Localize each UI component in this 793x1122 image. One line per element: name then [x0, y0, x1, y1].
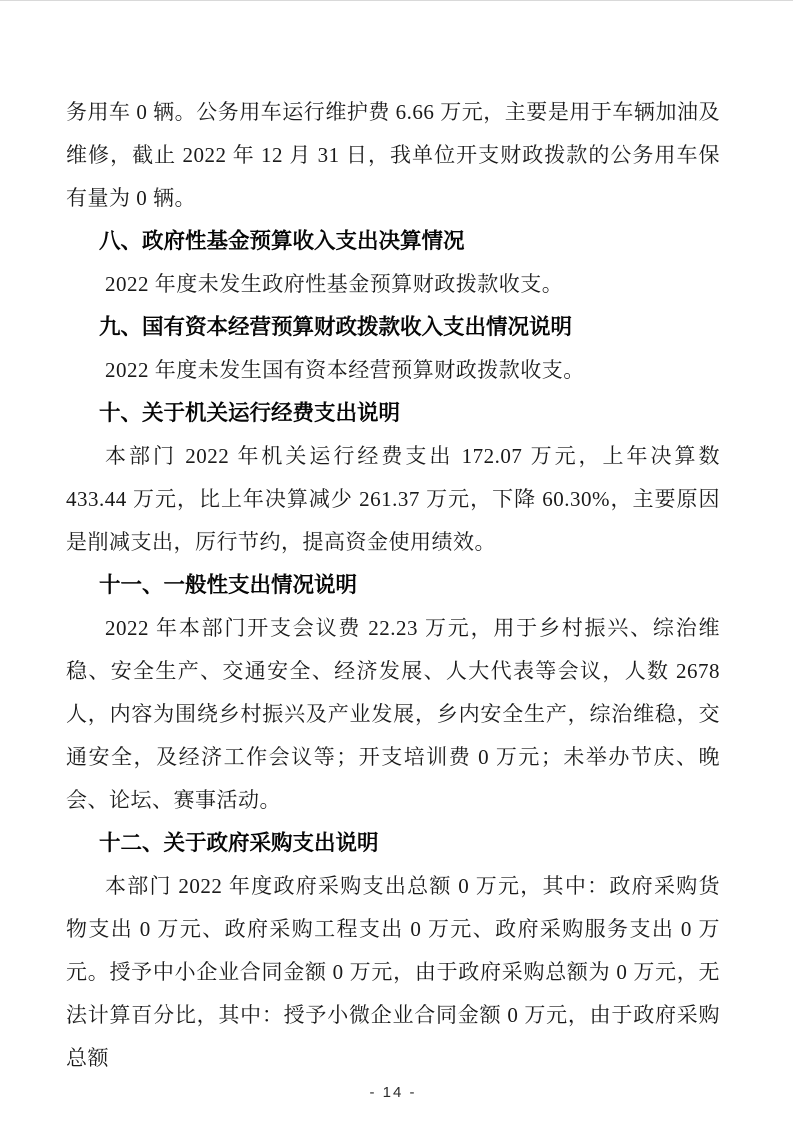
document-page: 务用车 0 辆。公务用车运行维护费 6.66 万元，主要是用于车辆加油及维修，截…	[0, 0, 793, 1122]
paragraph-section-8-government-fund-budget: 2022 年度未发生政府性基金预算财政拨款收支。	[66, 263, 720, 306]
heading-section-12-government-procurement: 十二、关于政府采购支出说明	[66, 822, 720, 865]
paragraph-section-11-general-expenditure: 2022 年本部门开支会议费 22.23 万元，用于乡村振兴、综治维稳、安全生产…	[66, 607, 720, 822]
heading-section-11-general-expenditure: 十一、一般性支出情况说明	[66, 564, 720, 607]
heading-section-10-agency-operating-expenses: 十、关于机关运行经费支出说明	[66, 392, 720, 435]
page-number: - 14 -	[66, 1083, 720, 1103]
paragraph-section-12-government-procurement: 本部门 2022 年度政府采购支出总额 0 万元，其中：政府采购货物支出 0 万…	[66, 865, 720, 1080]
paragraph-official-vehicles-continued: 务用车 0 辆。公务用车运行维护费 6.66 万元，主要是用于车辆加油及维修，截…	[66, 91, 720, 220]
paragraph-section-10-agency-operating-expenses: 本部门 2022 年机关运行经费支出 172.07 万元，上年决算数 433.4…	[66, 435, 720, 564]
paragraph-section-9-state-capital-budget: 2022 年度未发生国有资本经营预算财政拨款收支。	[66, 349, 720, 392]
heading-section-8-government-fund-budget: 八、政府性基金预算收入支出决算情况	[66, 220, 720, 263]
heading-section-9-state-capital-budget: 九、国有资本经营预算财政拨款收入支出情况说明	[66, 306, 720, 349]
